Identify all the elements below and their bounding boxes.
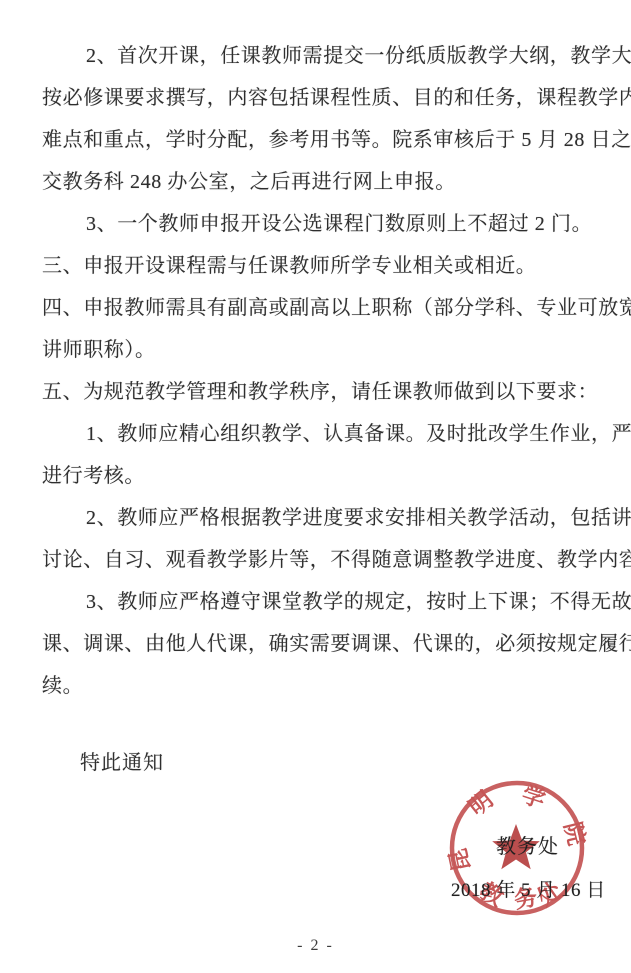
text-line: 按必修课要求撰写，内容包括课程性质、目的和任务，课程教学内容、 bbox=[42, 86, 602, 110]
text-line: 讨论、自习、观看教学影片等，不得随意调整教学进度、教学内容。 bbox=[42, 548, 602, 572]
text-line: 五、为规范教学管理和教学秩序，请任课教师做到以下要求： bbox=[42, 380, 602, 404]
text-line: 续。 bbox=[42, 674, 602, 698]
text-line: 交教务科 248 办公室，之后再进行网上申报。 bbox=[42, 170, 602, 194]
seal-char: 昆 bbox=[447, 846, 475, 874]
seal-char: 学 bbox=[519, 781, 549, 813]
seal-char: 明 bbox=[464, 787, 498, 821]
text-line: 3、教师应严格遵守课堂教学的规定，按时上下课；不得无故缺 bbox=[42, 590, 602, 614]
text-line: 讲师职称）。 bbox=[42, 338, 602, 362]
text-line: 2、教师应严格根据教学进度要求安排相关教学活动，包括讲课、 bbox=[42, 506, 602, 530]
text-line: 3、一个教师申报开设公选课程门数原则上不超过 2 门。 bbox=[42, 212, 602, 236]
page-number: - 2 - bbox=[0, 937, 631, 955]
text-line: 四、申报教师需具有副高或副高以上职称（部分学科、专业可放宽到 bbox=[42, 296, 602, 320]
text-line: 2、首次开课，任课教师需提交一份纸质版教学大纲，教学大纲 bbox=[42, 44, 602, 68]
text-line: 课、调课、由他人代课，确实需要调课、代课的，必须按规定履行手 bbox=[42, 632, 602, 656]
text-line: 三、申报开设课程需与任课教师所学专业相关或相近。 bbox=[42, 254, 602, 278]
text-line: 难点和重点，学时分配，参考用书等。院系审核后于 5 月 28 日之前 bbox=[42, 128, 602, 152]
date-text: 2018 年 5 月 16 日 bbox=[451, 875, 606, 902]
closing-note: 特此通知 bbox=[42, 746, 164, 775]
text-line: 1、教师应精心组织教学、认真备课。及时批改学生作业，严格 bbox=[42, 422, 602, 446]
text-line: 进行考核。 bbox=[42, 464, 602, 488]
department-signature: 教务处 bbox=[496, 830, 559, 859]
document-page: 2、首次开课，任课教师需提交一份纸质版教学大纲，教学大纲 按必修课要求撰写，内容… bbox=[0, 0, 631, 973]
seal-char: 院 bbox=[560, 819, 589, 847]
